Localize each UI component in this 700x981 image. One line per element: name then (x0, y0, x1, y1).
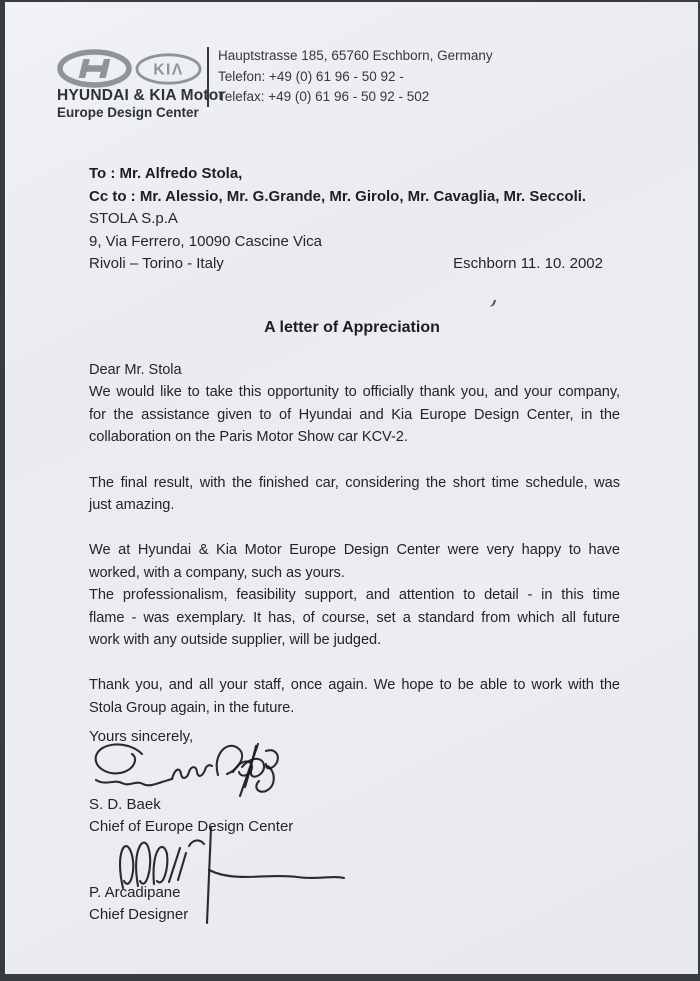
letterhead-divider (207, 47, 209, 107)
recipient-street: 9, Via Ferrero, 10090 Cascine Vica (89, 231, 618, 254)
body-line: Thank you, and all your staff, once agai… (89, 674, 620, 696)
body-line: We would like to take this opportunity t… (89, 381, 620, 403)
body-line: The professionalism, feasibility support… (89, 584, 620, 606)
scan-speck (488, 298, 496, 308)
body-line: for the assistance given to of Hyundai a… (89, 404, 620, 426)
kia-logo-icon: KIΛ (135, 53, 202, 85)
body-line: just amazing. (89, 494, 620, 516)
paragraph-1: We would like to take this opportunity t… (89, 381, 620, 448)
body-line: work with any outside supplier, will be … (89, 629, 620, 651)
body-line: We at Hyundai & Kia Motor Europe Design … (89, 539, 620, 561)
signer2-title: Chief Designer (89, 906, 188, 923)
sd-baek-signature (90, 742, 290, 802)
letterhead-address-block: Hauptstrasse 185, 65760 Eschborn, German… (218, 46, 493, 108)
letter-title: A letter of Appreciation (6, 319, 698, 337)
signer2-name: P. Arcadipane (89, 884, 180, 901)
body-line: Stola Group again, in the future. (89, 697, 620, 719)
paragraph-2: The final result, with the finished car,… (89, 472, 620, 517)
signer1-name: S. D. Baek (89, 796, 161, 813)
body-line: worked, with a company, such as yours. (89, 562, 620, 584)
company-name: HYUNDAI & KIA Motor (57, 87, 225, 105)
paragraph-4: The professionalism, feasibility support… (89, 584, 620, 651)
recipient-cc-line: Cc to : Mr. Alessio, Mr. G.Grande, Mr. G… (89, 186, 618, 209)
scanned-letter: KIΛ HYUNDAI & KIA Motor Europe Design Ce… (0, 0, 700, 981)
letter-body: Dear Mr. Stola We would like to take thi… (89, 359, 620, 742)
recipient-city: Rivoli – Torino - Italy (89, 255, 224, 272)
paragraph-3: We at Hyundai & Kia Motor Europe Design … (89, 539, 620, 584)
recipient-block: To : Mr. Alfredo Stola, Cc to : Mr. Ales… (89, 163, 618, 276)
body-line: The final result, with the finished car,… (89, 472, 620, 494)
recipient-to-line: To : Mr. Alfredo Stola, (89, 163, 618, 186)
body-line: collaboration on the Paris Motor Show ca… (89, 426, 620, 448)
kia-logo-text: KIΛ (153, 62, 183, 79)
body-line: flame - was exemplary. It has, of course… (89, 607, 620, 629)
recipient-city-row: Rivoli – Torino - Italy Eschborn 11. 10.… (89, 253, 618, 276)
hyundai-logo-icon (56, 49, 133, 88)
recipient-company: STOLA S.p.A (89, 208, 618, 231)
letter-paper: KIΛ HYUNDAI & KIA Motor Europe Design Ce… (5, 2, 698, 974)
letterhead-telefon: Telefon: +49 (0) 61 96 - 50 92 - (218, 67, 493, 88)
company-division: Europe Design Center (57, 105, 199, 120)
letterhead-street: Hauptstrasse 185, 65760 Eschborn, German… (218, 46, 493, 67)
greeting-line: Dear Mr. Stola (89, 359, 620, 381)
letterhead-telefax: Telefax: +49 (0) 61 96 - 50 92 - 502 (218, 87, 493, 108)
paragraph-5: Thank you, and all your staff, once agai… (89, 674, 620, 719)
letter-dateline: Eschborn 11. 10. 2002 (453, 253, 603, 276)
